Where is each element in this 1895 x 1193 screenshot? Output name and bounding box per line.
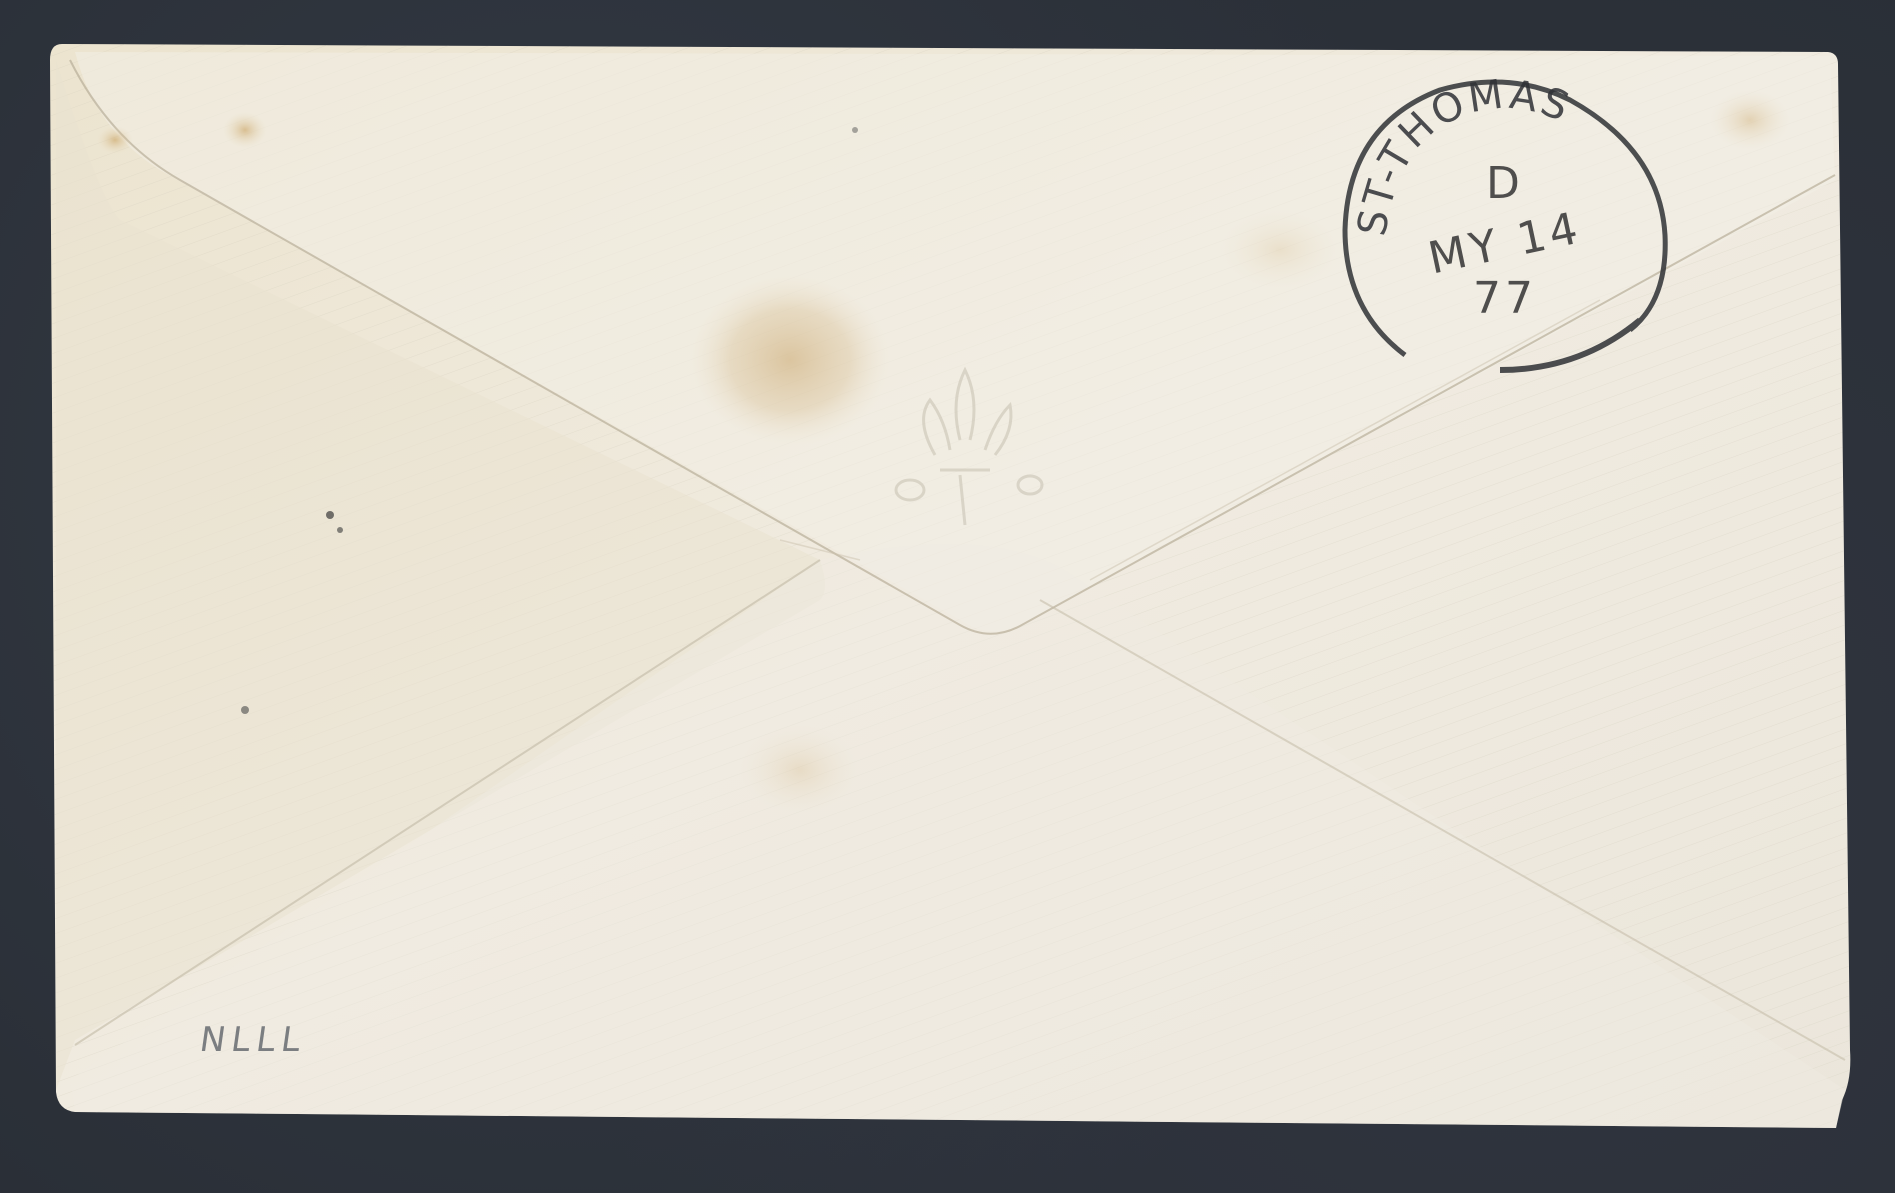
brown-stain	[690, 275, 890, 445]
pencil-note: NLLL	[197, 1020, 309, 1060]
postmark-year: 77	[1340, 273, 1670, 324]
postmark: ST-THOMAS D MY 14 77	[1340, 68, 1670, 378]
